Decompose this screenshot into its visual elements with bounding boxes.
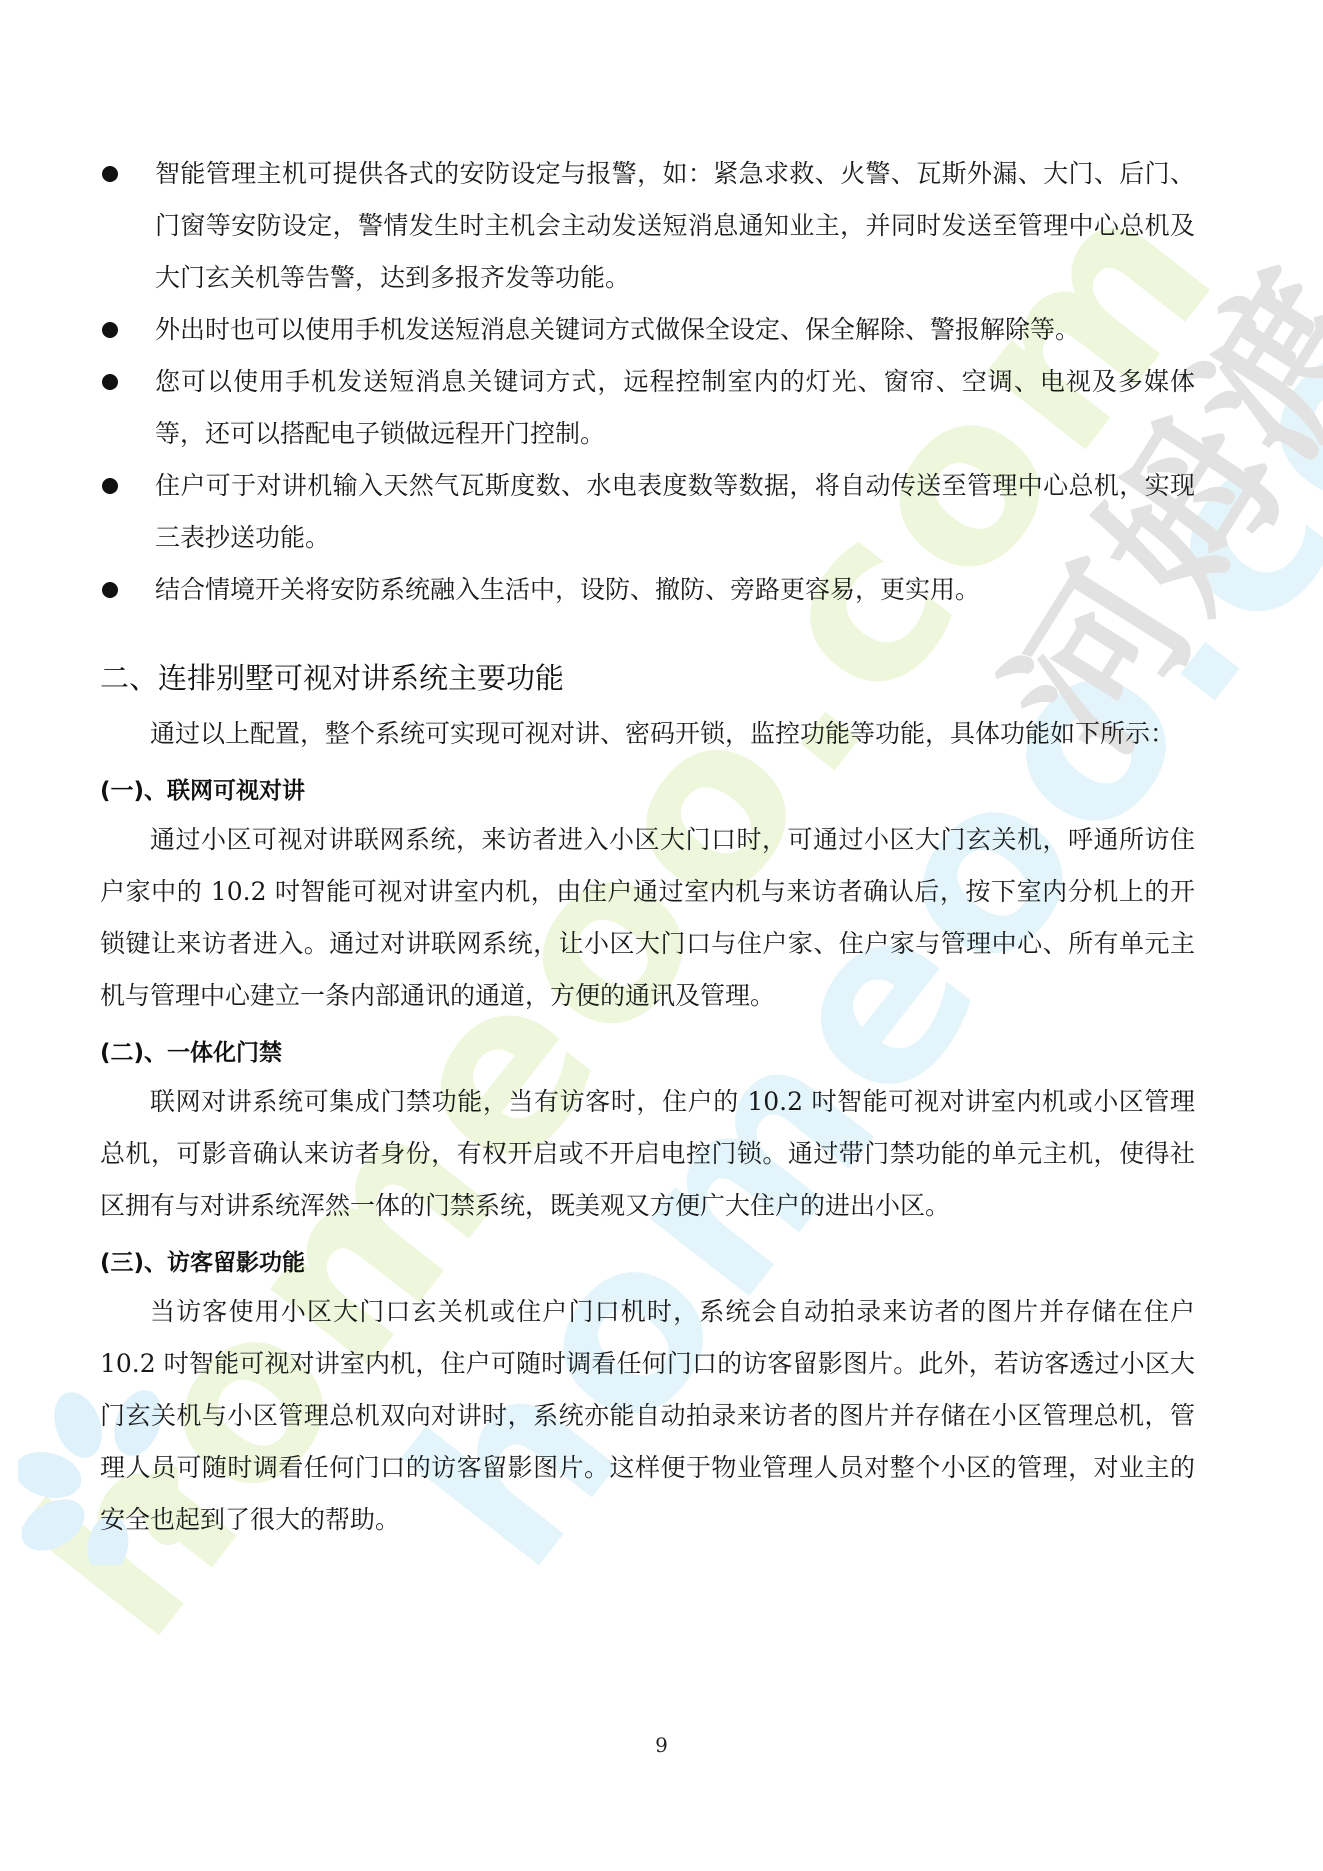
bullet-dot-icon [102,478,118,494]
subsection-body-integrated-access-control: 联网对讲系统可集成门禁功能，当有访客时，住户的 10.2 吋智能可视对讲室内机或… [100,1076,1195,1232]
bullet-item: 智能管理主机可提供各式的安防设定与报警，如：紧急求救、火警、瓦斯外漏、大门、后门… [100,148,1195,304]
bullet-text: 外出时也可以使用手机发送短消息关键词方式做保全设定、保全解除、警报解除等。 [155,315,1080,344]
subsection-body-networked-intercom: 通过小区可视对讲联网系统，来访者进入小区大门口时，可通过小区大门玄关机，呼通所访… [100,814,1195,1022]
bullet-item: 您可以使用手机发送短消息关键词方式，远程控制室内的灯光、窗帘、空调、电视及多媒体… [100,356,1195,460]
document-page: 智能管理主机可提供各式的安防设定与报警，如：紧急求救、火警、瓦斯外漏、大门、后门… [100,148,1195,1546]
bullet-dot-icon [102,322,118,338]
bullet-dot-icon [102,582,118,598]
bullet-text: 您可以使用手机发送短消息关键词方式，远程控制室内的灯光、窗帘、空调、电视及多媒体… [155,367,1195,448]
bullet-text: 结合情境开关将安防系统融入生活中，设防、撤防、旁路更容易，更实用。 [155,575,980,604]
subsection-heading-visitor-snapshot: (三)、访客留影功能 [100,1246,1195,1280]
subsection-heading-networked-intercom: (一)、联网可视对讲 [100,774,1195,808]
bullet-text: 智能管理主机可提供各式的安防设定与报警，如：紧急求救、火警、瓦斯外漏、大门、后门… [155,159,1195,292]
bullet-item: 结合情境开关将安防系统融入生活中，设防、撤防、旁路更容易，更实用。 [100,564,1195,616]
page-number: 9 [0,1733,1323,1757]
bullet-item: 外出时也可以使用手机发送短消息关键词方式做保全设定、保全解除、警报解除等。 [100,304,1195,356]
subsection-body-visitor-snapshot: 当访客使用小区大门口玄关机或住户门口机时，系统会自动拍录来访者的图片并存储在住户… [100,1286,1195,1546]
bullet-dot-icon [102,374,118,390]
bullet-dot-icon [102,166,118,182]
section-intro: 通过以上配置，整个系统可实现可视对讲、密码开锁，监控功能等功能，具体功能如下所示… [100,708,1195,760]
feature-bullet-list: 智能管理主机可提供各式的安防设定与报警，如：紧急求救、火警、瓦斯外漏、大门、后门… [100,148,1195,616]
bullet-text: 住户可于对讲机输入天然气瓦斯度数、水电表度数等数据，将自动传送至管理中心总机，实… [155,471,1195,552]
section-heading: 二、连排别墅可视对讲系统主要功能 [100,658,1195,698]
subsection-heading-integrated-access-control: (二)、一体化门禁 [100,1036,1195,1070]
bullet-item: 住户可于对讲机输入天然气瓦斯度数、水电表度数等数据，将自动传送至管理中心总机，实… [100,460,1195,564]
